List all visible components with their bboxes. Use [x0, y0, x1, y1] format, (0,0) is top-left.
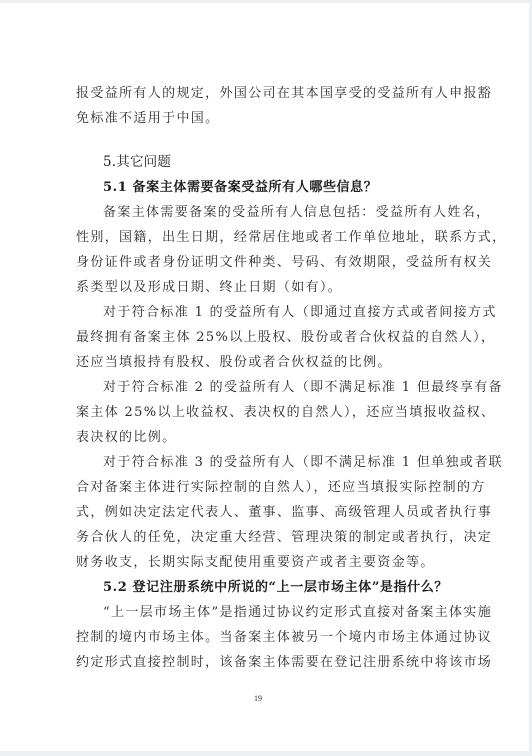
paragraph-info-fields: 备案主体需要备案的受益所有人信息包括：受益所有人姓名， 性别，国籍，出生日期，经… [76, 200, 462, 300]
text-line: 对于符合标准 3 的受益所有人（即不满足标准 1 但单独或者联 [76, 450, 462, 475]
text-line: 控制的境内市场主体。当备案主体被另一个境内市场主体通过协议 [76, 625, 462, 650]
text-line: 式，例如决定法定代表人、董事、监事、高级管理人员或者执行事 [76, 500, 462, 525]
text-line: 还应当填报持有股权、股份或者合伙权益的比例。 [76, 350, 462, 375]
section-heading: 5.其它问题 [76, 150, 462, 175]
paragraph-standard-2: 对于符合标准 2 的受益所有人（即不满足标准 1 但最终享有备 案主体 25%以… [76, 375, 462, 450]
text-line: 对于符合标准 2 的受益所有人（即不满足标准 1 但最终享有备 [76, 375, 462, 400]
subheading-5-2: 5.2 登记注册系统中所说的“上一层市场主体”是指什么？ [76, 575, 462, 600]
text-line: 系类型以及形成日期、终止日期（如有）。 [76, 275, 462, 300]
paragraph-standard-3: 对于符合标准 3 的受益所有人（即不满足标准 1 但单独或者联 合对备案主体进行… [76, 450, 462, 575]
document-page: 报受益所有人的规定，外国公司在其本国享受的受益所有人申报豁 免标准不适用于中国。… [0, 3, 529, 751]
text-line: 最终拥有备案主体 25%以上股权、股份或者合伙权益的自然人）， [76, 325, 462, 350]
subheading-5-1: 5.1 备案主体需要备案受益所有人哪些信息？ [76, 175, 462, 200]
page-number: 19 [254, 694, 262, 703]
paragraph-continued: 报受益所有人的规定，外国公司在其本国享受的受益所有人申报豁 免标准不适用于中国。 [76, 81, 462, 131]
text-line: “上一层市场主体”是指通过协议约定形式直接对备案主体实施 [76, 600, 462, 625]
text-line: 对于符合标准 1 的受益所有人（即通过直接方式或者间接方式 [76, 300, 462, 325]
text-line: 约定形式直接控制时，该备案主体需要在登记注册系统中将该市场 [76, 650, 462, 675]
text-line: 财务收支，长期实际支配使用重要资产或者主要资金等。 [76, 550, 462, 575]
text-line: 合对备案主体进行实际控制的自然人），还应当填报实际控制的方 [76, 475, 462, 500]
text-line: 性别，国籍，出生日期，经常居住地或者工作单位地址，联系方式， [76, 225, 462, 250]
text-line: 表决权的比例。 [76, 425, 462, 450]
text-line: 案主体 25%以上收益权、表决权的自然人），还应当填报收益权、 [76, 400, 462, 425]
text-line: 备案主体需要备案的受益所有人信息包括：受益所有人姓名， [76, 200, 462, 225]
paragraph-upper-market-entity: “上一层市场主体”是指通过协议约定形式直接对备案主体实施 控制的境内市场主体。当… [76, 600, 462, 675]
text-line: 报受益所有人的规定，外国公司在其本国享受的受益所有人申报豁 [76, 81, 462, 106]
paragraph-standard-1: 对于符合标准 1 的受益所有人（即通过直接方式或者间接方式 最终拥有备案主体 2… [76, 300, 462, 375]
text-line: 免标准不适用于中国。 [76, 106, 462, 131]
text-line: 务合伙人的任免，决定重大经营、管理决策的制定或者执行，决定 [76, 525, 462, 550]
text-line: 身份证件或者身份证明文件种类、号码、有效期限，受益所有权关 [76, 250, 462, 275]
